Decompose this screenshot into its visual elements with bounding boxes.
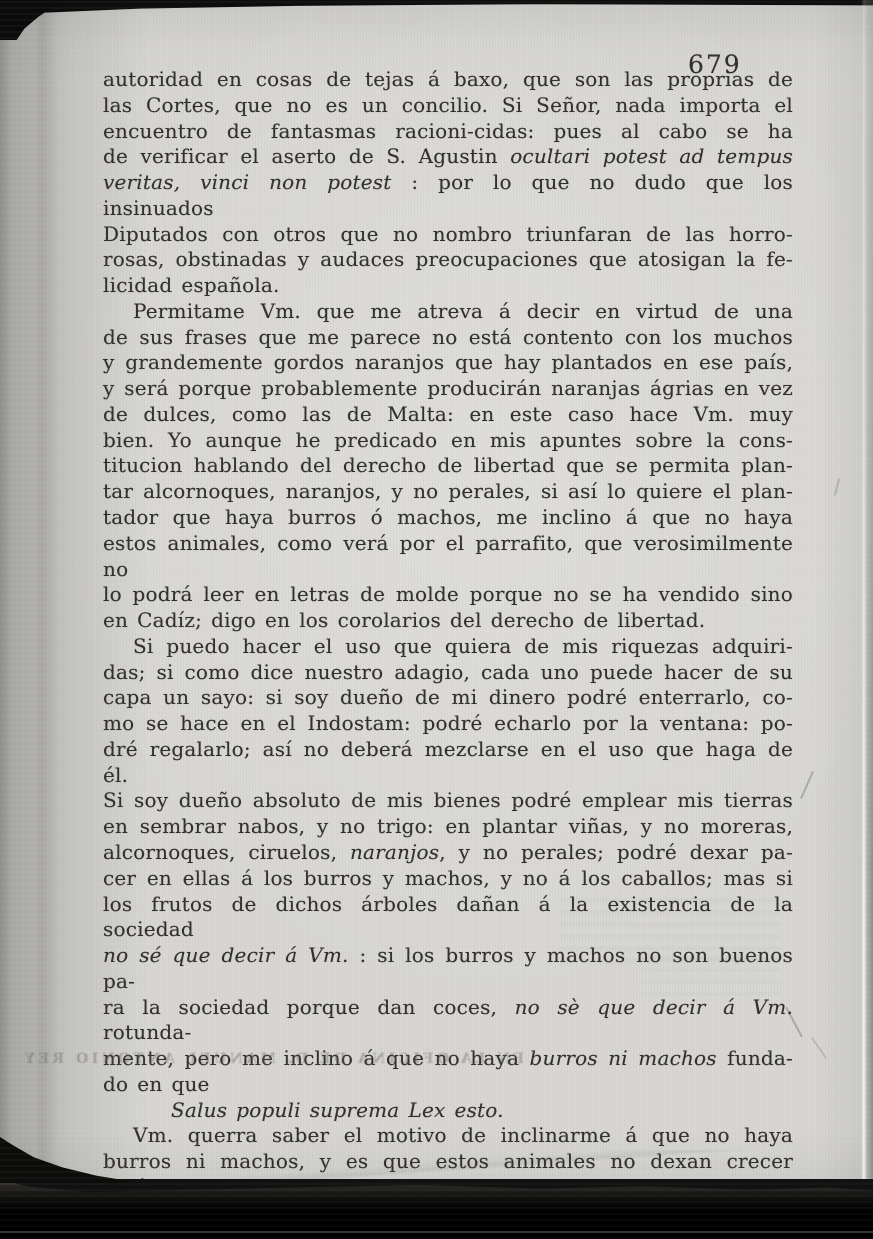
text-line: y será porque probablemente producirán n…: [103, 376, 793, 402]
body-text: de dulces, como las de Malta: en este ca…: [103, 402, 793, 426]
body-text: burros ni machos, y es que estos animale…: [103, 1149, 793, 1173]
body-text: Permitame Vm. que me atreva á decir en v…: [133, 299, 793, 323]
body-text: capa un sayo: si soy dueño de mi dinero …: [103, 685, 793, 709]
italic-text: burros ni machos: [530, 1046, 717, 1070]
italic-text: no sè que decir á Vm.: [515, 995, 793, 1019]
text-line: tar alcornoques, naranjos, y no perales,…: [103, 479, 793, 505]
text-line: Diputados con otros que no nombro triunf…: [103, 222, 793, 248]
text-line: alcornoques, ciruelos, naranjos, y no pe…: [103, 840, 793, 866]
text-line: de verificar el aserto de S. Agustin ocu…: [103, 144, 793, 170]
italic-text: no sé que decir á Vm.: [103, 943, 349, 967]
body-text: dré regalarlo; así no deberá mezclarse e…: [103, 737, 793, 787]
body-text: Si puedo hacer el uso que quiera de mis …: [133, 634, 793, 658]
text-line: ra la sociedad porque dan coces, no sè q…: [103, 995, 793, 1047]
body-text: encuentro de fantasmas racioni-cidas: pu…: [103, 119, 793, 143]
body-text: Vm. querra saber el motivo de inclinarme…: [133, 1123, 793, 1147]
text-line: das; si como dice nuestro adagio, cada u…: [103, 660, 793, 686]
body-text: mo se hace en el Indostam: podré echarlo…: [103, 711, 793, 735]
body-text: das; si como dice nuestro adagio, cada u…: [103, 660, 793, 684]
text-line: en Cadíz; digo en los corolarios del der…: [103, 608, 793, 634]
text-line: mo se hace en el Indostam: podré echarlo…: [103, 711, 793, 737]
text-line: las Cortes, que no es un concilio. Si Se…: [103, 93, 793, 119]
scan-bottom-edge: [0, 1179, 873, 1239]
body-text: , y no perales; podré dexar pa-: [439, 840, 793, 864]
text-line: titucion hablando del derecho de liberta…: [103, 453, 793, 479]
text-line: los frutos de dichos árboles dañan á la …: [103, 892, 793, 944]
text-line: y grandemente gordos naranjos que hay pl…: [103, 350, 793, 376]
text-line: Permitame Vm. que me atreva á decir en v…: [103, 299, 793, 325]
text-line: Salus populi suprema Lex esto.: [103, 1098, 793, 1124]
text-block: autoridad en cosas de tejas á baxo, que …: [103, 67, 793, 1201]
text-line: tador que haya burros ó machos, me incli…: [103, 505, 793, 531]
margin-mark: [811, 1037, 828, 1059]
body-text: Diputados con otros que no nombro triunf…: [103, 222, 793, 246]
text-line: bien. Yo aunque he predicado en mis apun…: [103, 428, 793, 454]
body-text: y grandemente gordos naranjos que hay pl…: [103, 350, 793, 374]
text-line: en sembrar nabos, y no trigo: en plantar…: [103, 814, 793, 840]
body-text: titucion hablando del derecho de liberta…: [103, 453, 793, 477]
body-text: lo podrá leer en letras de molde porque …: [103, 582, 793, 606]
scanned-book-page: 679 autoridad en cosas de tejas á baxo, …: [0, 0, 873, 1239]
text-line: licidad española.: [103, 273, 793, 299]
body-text: autoridad en cosas de tejas á baxo, que …: [103, 67, 793, 91]
body-text: alcornoques, ciruelos,: [103, 840, 350, 864]
text-line: cer en ellas á los burros y machos, y no…: [103, 866, 793, 892]
text-line: de sus frases que me parece no está cont…: [103, 325, 793, 351]
scan-bottom-line: [0, 1231, 873, 1233]
italic-text: naranjos: [350, 840, 439, 864]
body-text: tador que haya burros ó machos, me incli…: [103, 505, 793, 529]
text-line: estos animales, como verá por el parrafi…: [103, 531, 793, 583]
text-line: dré regalarlo; así no deberá mezclarse e…: [103, 737, 793, 789]
text-line: Si soy dueño absoluto de mis bienes podr…: [103, 788, 793, 814]
scan-top-edge: [0, 0, 873, 14]
body-text: y será porque probablemente producirán n…: [103, 376, 793, 400]
body-text: cer en ellas á los burros y machos, y no…: [103, 866, 793, 890]
body-text: los frutos de dichos árboles dañan á la …: [103, 892, 793, 942]
text-line: veritas, vinci non potest : por lo que n…: [103, 170, 793, 222]
text-line: autoridad en cosas de tejas á baxo, que …: [103, 67, 793, 93]
italic-text: Salus populi suprema Lex esto.: [171, 1098, 504, 1122]
body-text: rosas, obstinadas y audaces preocupacion…: [103, 247, 793, 271]
page-right-edge: [861, 0, 873, 1239]
text-line: Vm. querra saber el motivo de inclinarme…: [103, 1123, 793, 1149]
body-text: funda-: [717, 1046, 793, 1070]
bleedthrough-imprint: EN LA OFICINA DE D. MANUEL ANTONIO REY: [112, 1051, 524, 1067]
body-text: licidad española.: [103, 273, 280, 297]
margin-mark: [800, 771, 814, 799]
body-text: las Cortes, que no es un concilio. Si Se…: [103, 93, 793, 117]
body-text: ra la sociedad porque dan coces,: [103, 995, 515, 1019]
margin-mark: [834, 478, 841, 496]
italic-text: veritas, vinci non potest: [103, 170, 392, 194]
body-text: rotunda-: [103, 1020, 192, 1044]
body-text: de verificar el aserto de S. Agustin: [103, 144, 510, 168]
scan-corner-shadow: [0, 0, 64, 40]
page-bottom-shadow: [0, 1179, 873, 1239]
body-text: de sus frases que me parece no está cont…: [103, 325, 793, 349]
text-line: capa un sayo: si soy dueño de mi dinero …: [103, 685, 793, 711]
text-line: burros ni machos, y es que estos animale…: [103, 1149, 793, 1175]
text-line: rosas, obstinadas y audaces preocupacion…: [103, 247, 793, 273]
body-text: bien. Yo aunque he predicado en mis apun…: [103, 428, 793, 452]
text-line: encuentro de fantasmas racioni-cidas: pu…: [103, 119, 793, 145]
text-line: no sé que decir á Vm. : si los burros y …: [103, 943, 793, 995]
text-line: do en que: [103, 1072, 793, 1098]
body-text: en Cadíz; digo en los corolarios del der…: [103, 608, 705, 632]
text-line: lo podrá leer en letras de molde porque …: [103, 582, 793, 608]
body-text: tar alcornoques, naranjos, y no perales,…: [103, 479, 793, 503]
body-text: en sembrar nabos, y no trigo: en plantar…: [103, 814, 793, 838]
body-text: Si soy dueño absoluto de mis bienes podr…: [103, 788, 793, 812]
italic-text: ocultari potest ad tempus: [510, 144, 793, 168]
body-text: do en que: [103, 1072, 210, 1096]
text-line: de dulces, como las de Malta: en este ca…: [103, 402, 793, 428]
text-line: Si puedo hacer el uso que quiera de mis …: [103, 634, 793, 660]
body-text: estos animales, como verá por el parrafi…: [103, 531, 793, 581]
